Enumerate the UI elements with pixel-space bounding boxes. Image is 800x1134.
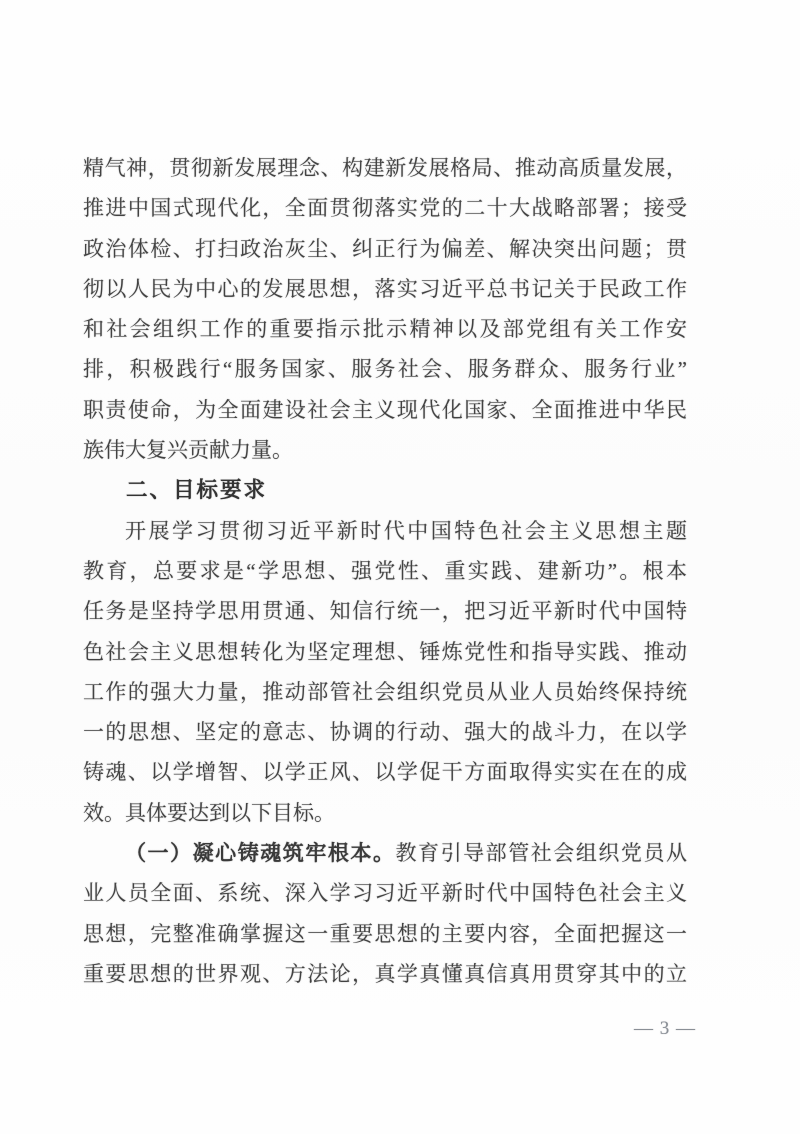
subsection-body-start: 教育引导部管社会组织党员从	[396, 841, 688, 865]
text-line: 政治体检、打扫政治灰尘、纠正行为偏差、解决突出问题；贯	[83, 229, 687, 269]
text-line: 工作的强大力量，推动部管社会组织党员从业人员始终保持统	[83, 672, 687, 712]
document-page: 精气神，贯彻新发展理念、构建新发展格局、推动高质量发展， 推进中国式现代化，全面…	[0, 0, 800, 1134]
text-line: 思想，完整准确掌握这一重要思想的主要内容，全面把握这一	[83, 914, 687, 954]
text-line: 排，积极践行“服务国家、服务社会、服务群众、服务行业”	[83, 349, 687, 389]
text-line-subsection-lead: （一）凝心铸魂筑牢根本。教育引导部管社会组织党员从	[83, 833, 687, 873]
text-line: 彻以人民为中心的发展思想，落实习近平总书记关于民政工作	[83, 269, 687, 309]
text-line: 一的思想、坚定的意志、协调的行动、强大的战斗力，在以学	[83, 712, 687, 752]
text-line: 族伟大复兴贡献力量。	[83, 430, 687, 470]
text-line: 重要思想的世界观、方法论，真学真懂真信真用贯穿其中的立	[83, 954, 687, 994]
text-line: 和社会组织工作的重要指示批示精神以及部党组有关工作安	[83, 309, 687, 349]
subsection-title: （一）凝心铸魂筑牢根本。	[125, 841, 396, 865]
section-heading: 二、目标要求	[83, 470, 687, 510]
text-line: 教育，总要求是“学思想、强党性、重实践、建新功”。根本	[83, 551, 687, 591]
text-line: 任务是坚持学思用贯通、知信行统一，把习近平新时代中国特	[83, 591, 687, 631]
document-body: 精气神，贯彻新发展理念、构建新发展格局、推动高质量发展， 推进中国式现代化，全面…	[83, 148, 687, 994]
text-line: 推进中国式现代化，全面贯彻落实党的二十大战略部署；接受	[83, 188, 687, 228]
text-line: 色社会主义思想转化为坚定理想、锤炼党性和指导实践、推动	[83, 632, 687, 672]
page-number: — 3 —	[600, 1018, 730, 1040]
text-line: 开展学习贯彻习近平新时代中国特色社会主义思想主题	[83, 511, 687, 551]
text-line: 职责使命，为全面建设社会主义现代化国家、全面推进中华民	[83, 390, 687, 430]
text-line: 效。具体要达到以下目标。	[83, 793, 687, 833]
text-line: 铸魂、以学增智、以学正风、以学促干方面取得实实在在的成	[83, 752, 687, 792]
text-line: 业人员全面、系统、深入学习习近平新时代中国特色社会主义	[83, 873, 687, 913]
text-line: 精气神，贯彻新发展理念、构建新发展格局、推动高质量发展，	[83, 148, 687, 188]
